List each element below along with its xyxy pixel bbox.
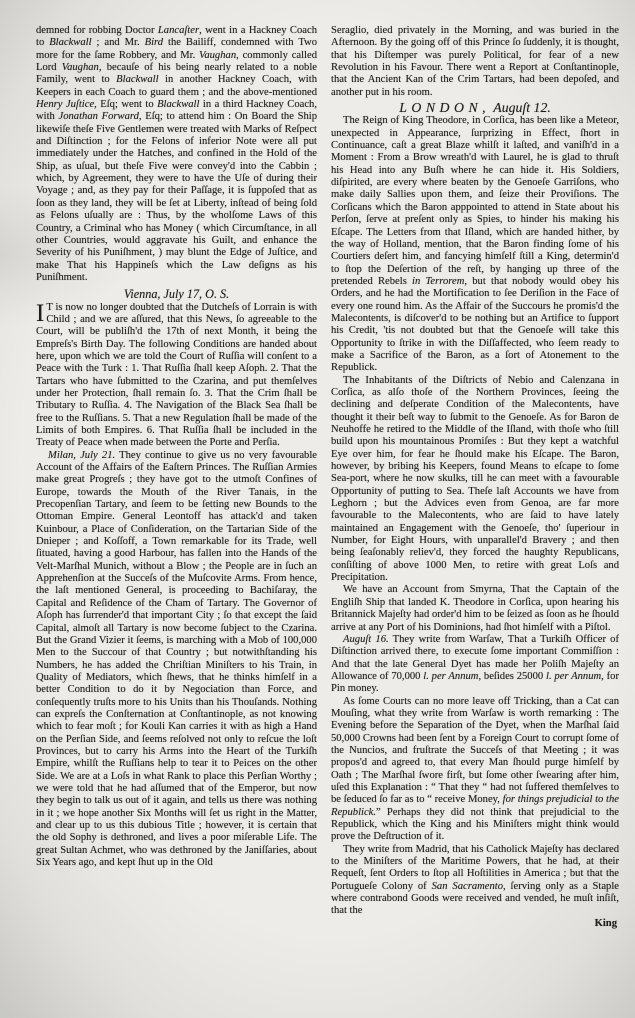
text-segment: Seraglio, died privately in the Morning,… [331,25,619,98]
text-segment: l. per Annum [423,671,478,682]
column-right: Seraglio, died privately in the Morning,… [331,25,619,1015]
text-segment: Auguſt 16. [343,634,389,645]
text-segment: As ſome Courts can no more leave off Tri… [331,696,619,806]
paragraph: The Reign of King Theodore, in Corſica, … [331,115,619,374]
text-segment: Blackwall [116,74,158,85]
text-segment: ; and Mr. [92,37,145,48]
paragraph: They write from Madrid, that his Catholi… [331,844,619,918]
column-left: demned for robbing Doctor Lancaſter, wen… [36,25,317,1007]
text-segment: , Eſq; went to [94,99,157,110]
paragraph: As ſome Courts can no more leave off Tri… [331,696,619,844]
paragraph: Milan, July 21. They continue to give us… [36,450,317,870]
text-segment: Milan, July 21. [48,450,115,461]
text-segment: in Terrorem [412,276,464,287]
paragraph: The Inhabitants of the Diſtricts of Nebi… [331,375,619,585]
text-segment: Blackwall [49,37,91,48]
text-segment: T is now no longer doubted that the Dutc… [36,302,317,449]
paragraph: demned for robbing Doctor Lancaſter, wen… [36,25,317,284]
text-segment: , Eſq; to attend him : On Board the Ship… [36,111,317,282]
paragraph: Auguſt 16. They write from Warſaw, That … [331,634,619,696]
text-segment: The Reign of King Theodore, in Corſica, … [331,115,619,286]
city-heading: LONDON, Auguſt 12. [331,102,619,114]
text-segment: The Inhabitants of the Diſtricts of Nebi… [331,375,619,584]
newspaper-page: demned for robbing Doctor Lancaſter, wen… [0,0,635,1018]
text-segment: Bird [145,37,163,48]
text-segment: Lancaſter [158,25,199,36]
paragraph: IT is now no longer doubted that the Dut… [36,302,317,450]
text-segment: LONDON, [399,100,490,115]
catchword: King [331,918,619,930]
text-segment: We have an Account from Smyrna, That the… [331,584,619,632]
text-segment: Henry Juſtice [36,99,94,110]
text-segment: Vaughan [62,62,99,73]
text-segment: Vienna, July 17, O. S. [124,287,229,301]
dateline-heading: Vienna, July 17, O. S. [36,288,317,300]
text-segment: King [595,918,617,929]
text-segment: Blackwall [157,99,199,110]
text-segment: Jonathan Forward [59,111,139,122]
text-segment: They continue to give us no very favoura… [36,450,317,868]
drop-cap: I [36,303,44,324]
text-segment: San Sacramento [432,881,503,892]
text-segment: demned for robbing Doctor [36,25,158,36]
text-segment: Vaughan [199,50,236,61]
text-segment: Auguſt 12. [490,100,551,115]
text-segment: , beſides 25000 [478,671,546,682]
text-segment: l. per Annum [546,671,601,682]
paragraph: Seraglio, died privately in the Morning,… [331,25,619,99]
text-segment: , but that nobody would obey his Orders,… [331,276,619,373]
paragraph: We have an Account from Smyrna, That the… [331,584,619,633]
